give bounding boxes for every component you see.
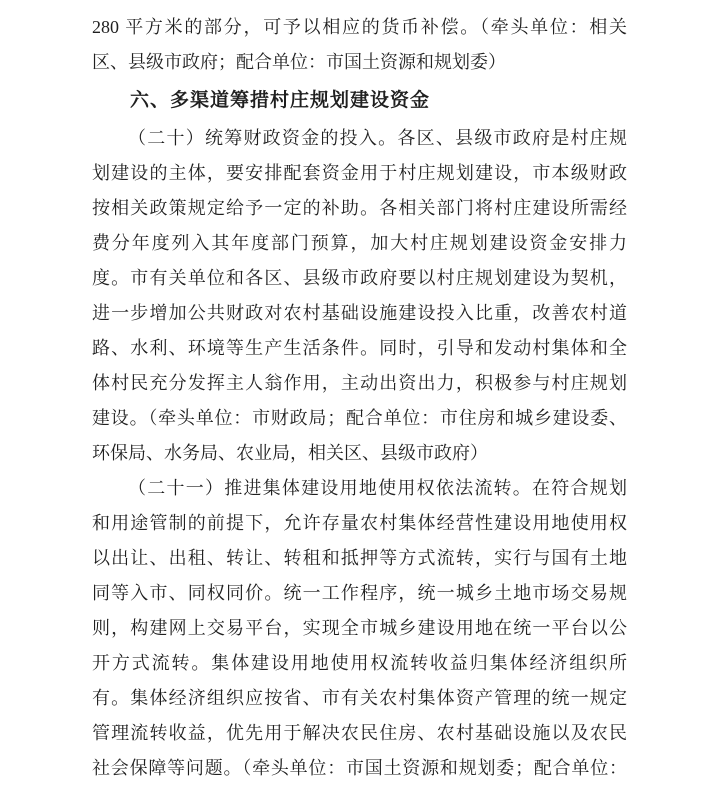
paragraph-line: 区、县级市政府；配合单位：市国土资源和规划委） [92,45,627,80]
paragraph-line: 则，构建网上交易平台，实现全市城乡建设用地在统一平台以公 [92,611,627,646]
paragraph-line: 和用途管制的前提下，允许存量农村集体经营性建设用地使用权 [92,506,627,541]
paragraph-line: 体村民充分发挥主人翁作用，主动出资出力，积极参与村庄规划 [92,366,627,401]
paragraph-line: 有。集体经济组织应按省、市有关农村集体资产管理的统一规定 [92,681,627,716]
paragraph-line: （二十）统筹财政资金的投入。各区、县级市政府是村庄规 [92,121,627,156]
paragraph-line: 开方式流转。集体建设用地使用权流转收益归集体经济组织所 [92,646,627,681]
document-page: 280 平方米的部分，可予以相应的货币补偿。（牵头单位：相关 区、县级市政府；配… [0,0,718,791]
paragraph-line: 进一步增加公共财政对农村基础设施建设投入比重，改善农村道 [92,296,627,331]
paragraph-line: 以出让、出租、转让、转租和抵押等方式流转，实行与国有土地 [92,541,627,576]
paragraph-line: 费分年度列入其年度部门预算，加大村庄规划建设资金安排力 [92,226,627,261]
paragraph-line: （二十一）推进集体建设用地使用权依法流转。在符合规划 [92,471,627,506]
paragraph-line: 划建设的主体，要安排配套资金用于村庄规划建设，市本级财政 [92,156,627,191]
paragraph-line: 建设。（牵头单位：市财政局；配合单位：市住房和城乡建设委、 [92,401,627,436]
paragraph-line: 按相关政策规定给予一定的补助。各相关部门将村庄建设所需经 [92,191,627,226]
section-heading: 六、多渠道筹措村庄规划建设资金 [92,83,627,118]
paragraph-line: 环保局、水务局、农业局，相关区、县级市政府） [92,436,627,471]
paragraph-line: 280 平方米的部分，可予以相应的货币补偿。（牵头单位：相关 [92,10,627,45]
paragraph-line: 管理流转收益，优先用于解决农民住房、农村基础设施以及农民 [92,716,627,751]
paragraph-line: 度。市有关单位和各区、县级市政府要以村庄规划建设为契机， [92,261,627,296]
paragraph-line: 同等入市、同权同价。统一工作程序，统一城乡土地市场交易规 [92,576,627,611]
paragraph-line: 社会保障等问题。（牵头单位：市国土资源和规划委；配合单位： [92,751,627,786]
paragraph-line: 路、水利、环境等生产生活条件。同时，引导和发动村集体和全 [92,331,627,366]
